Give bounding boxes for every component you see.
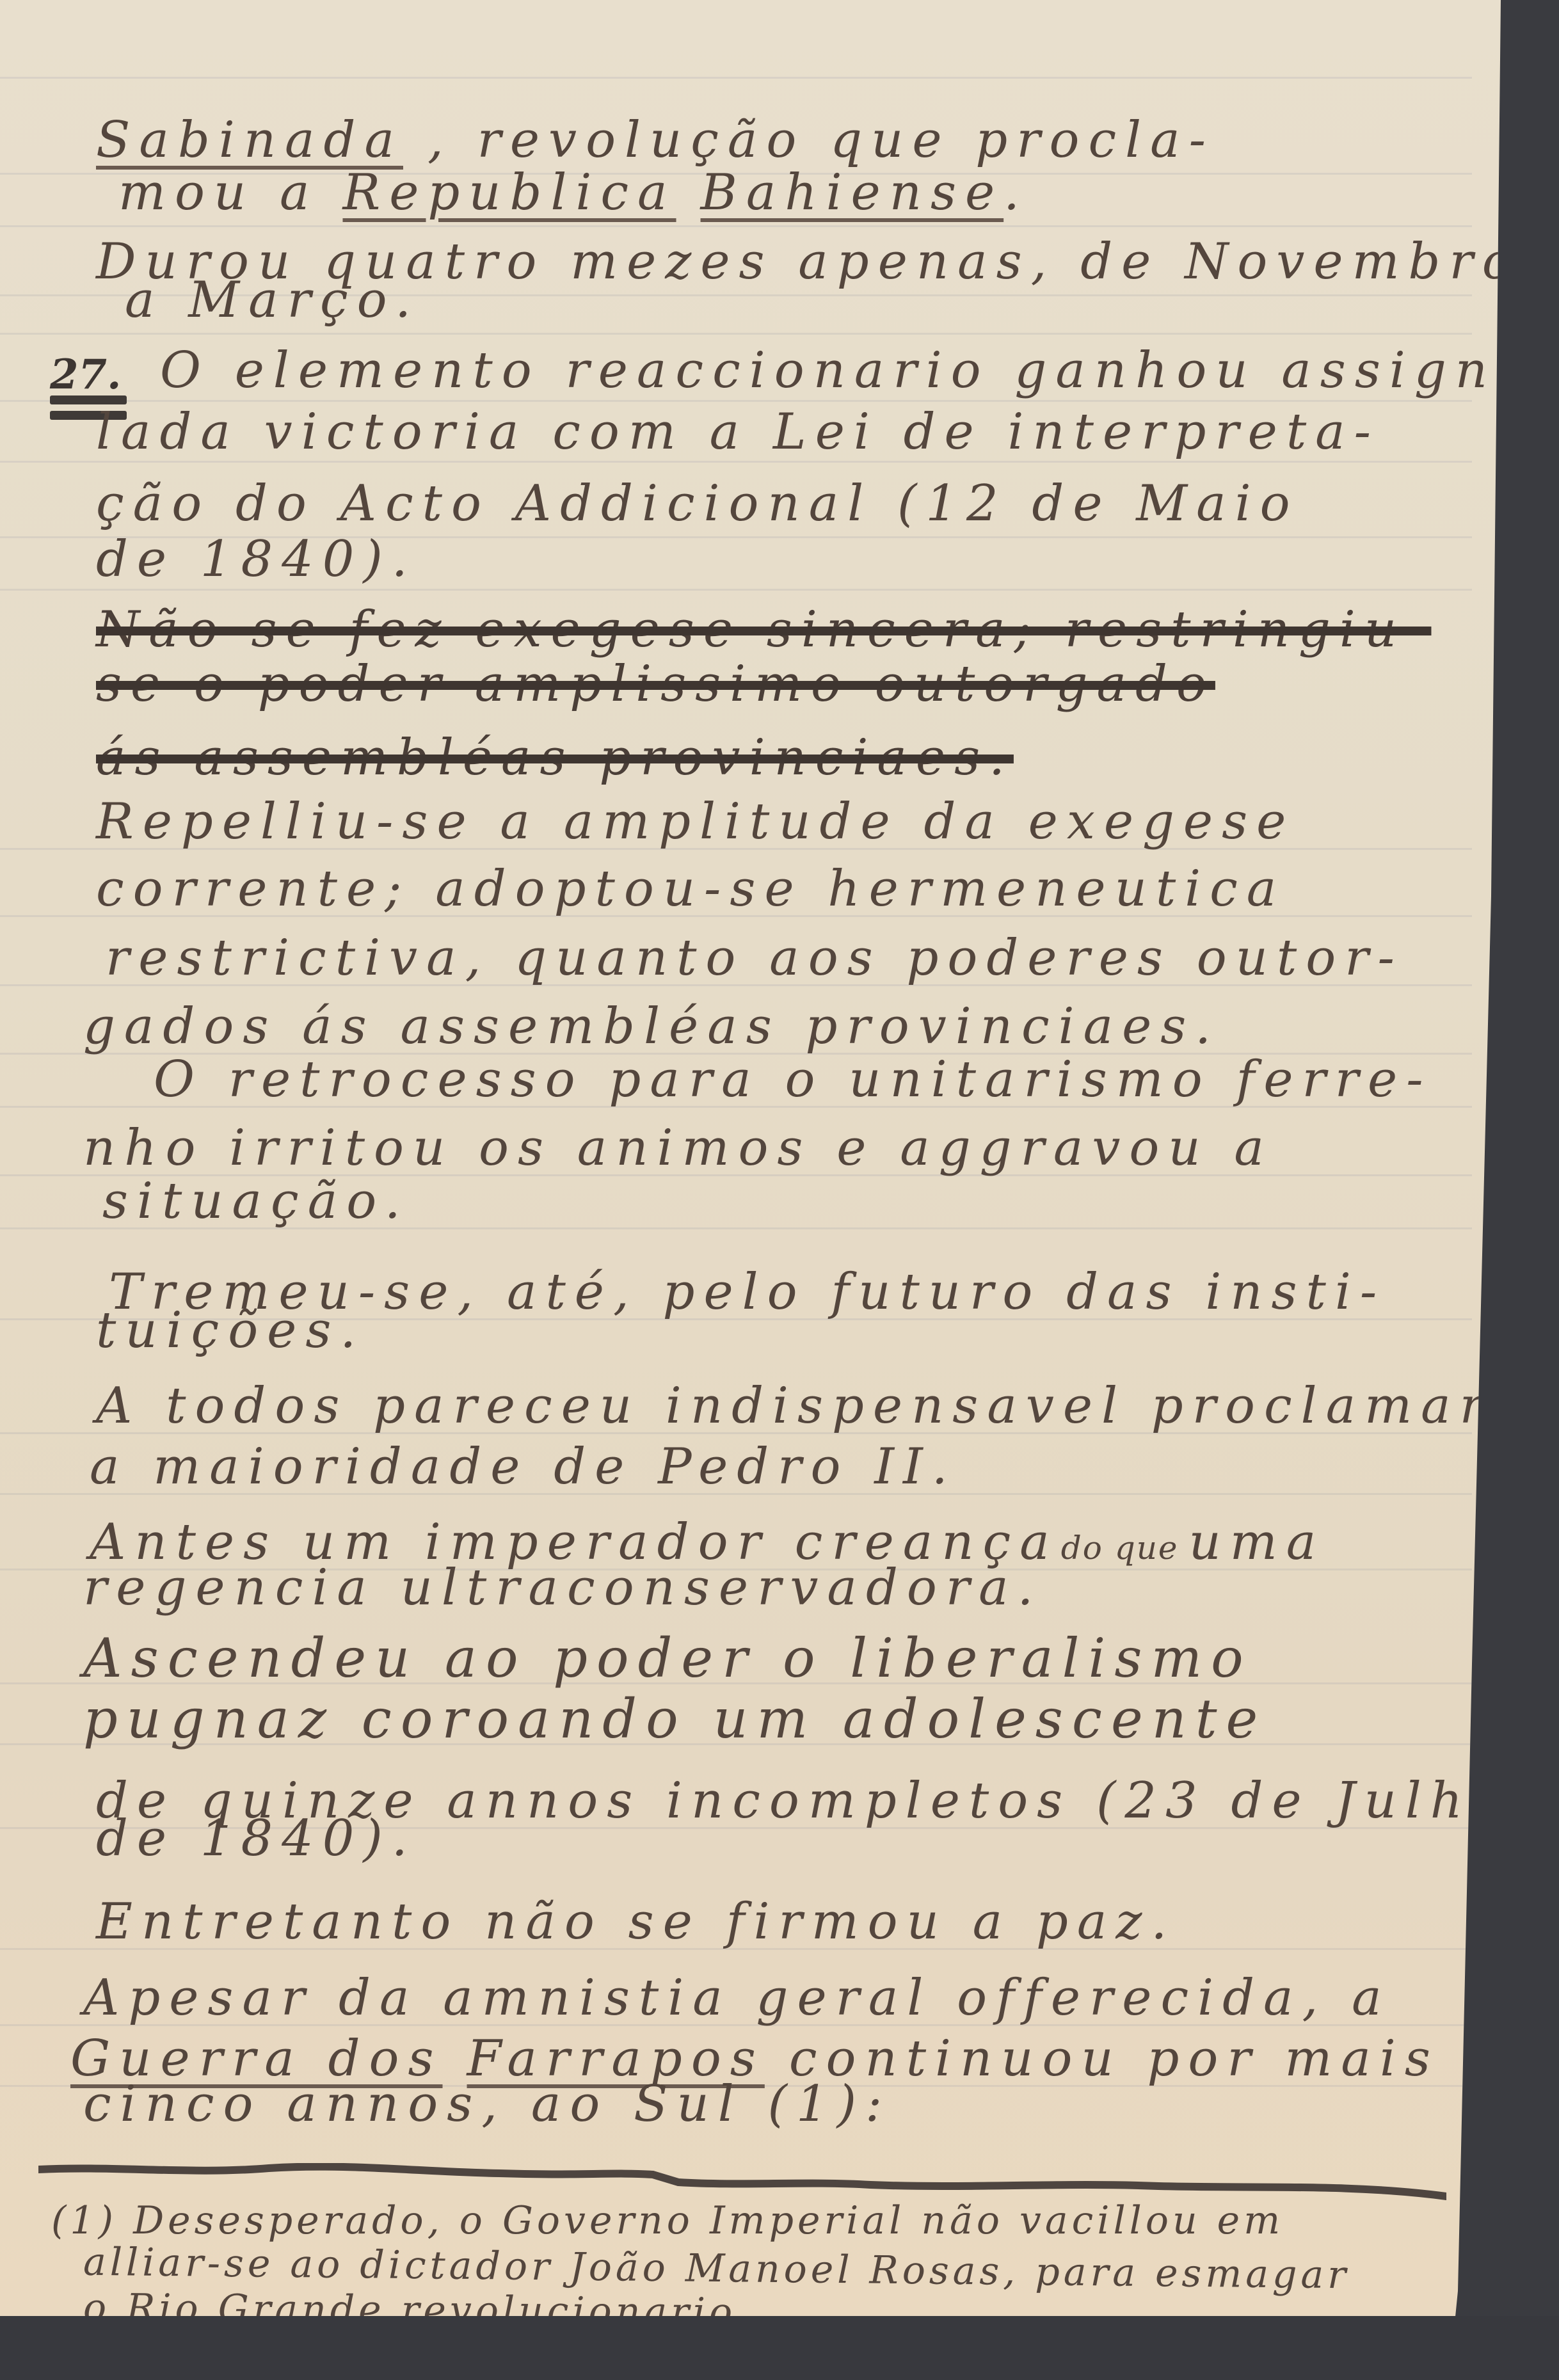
text-line-27: Apesar da amnistia geral offerecida, a xyxy=(83,1973,1391,2023)
text-line-8: de 1840). xyxy=(96,534,417,584)
text-line-13: O retrocesso para o unitarismo ferre- xyxy=(154,1055,1432,1105)
text-line-11: restrictiva, quanto aos poderes outor- xyxy=(106,933,1403,983)
underlined-word-republica: Republica xyxy=(342,168,676,218)
text-line-9: Repelliu-se a amplitude da exegese xyxy=(96,797,1295,847)
text-line-7: ção do Acto Addicional (12 de Maio xyxy=(96,479,1299,529)
text-line-22: Ascendeu ao poder o liberalismo xyxy=(83,1631,1252,1685)
underlined-word-bahiense: Bahiense xyxy=(701,164,1004,221)
scan-background-bottom xyxy=(0,2316,1559,2380)
text-line-23: pugnaz coroando um adolescente xyxy=(83,1692,1267,1746)
text-line-5: O elemento reaccionario ganhou assigna- xyxy=(160,346,1559,395)
line-text: , revolução que procla- xyxy=(428,111,1215,169)
text-line-12: gados ás assembléas provinciaes. xyxy=(83,1002,1220,1051)
struck-line-2: se o poder amplissimo outorgado xyxy=(96,659,1215,709)
text-line-21: regencia ultraconservadora. xyxy=(83,1563,1042,1613)
footnote-line-1: (1) Desesperado, o Governo Imperial não … xyxy=(51,2201,1284,2240)
manuscript-page: 27. Sabinada, revolução que procla- mou … xyxy=(0,0,1501,2323)
text-line-25: de 1840). xyxy=(96,1814,417,1864)
struck-line-1: Não se fez exegese sincera; restringiu- xyxy=(96,605,1431,655)
interlinear-insert: do que xyxy=(1061,1529,1179,1567)
underlined-word-sabinada: Sabinada xyxy=(96,115,403,165)
text-line-14: nho irritou os animos e aggravou a xyxy=(83,1123,1273,1173)
text-line-4: a Março. xyxy=(125,275,420,325)
paragraph-number: 27. xyxy=(50,351,121,399)
line-text: uma xyxy=(1189,1513,1325,1571)
line-text: . xyxy=(1003,164,1028,221)
text-line-6: lada victoria com a Lei de interpreta- xyxy=(96,407,1380,457)
text-line-19: a maioridade de Pedro II. xyxy=(90,1442,957,1492)
text-line-17: tuições. xyxy=(96,1306,365,1355)
text-line-2: mou aRepublicaBahiense. xyxy=(118,168,1028,218)
footnote-separator-rule xyxy=(38,2163,1446,2201)
line-text: mou a xyxy=(118,168,318,218)
text-line-10: corrente; adoptou-se hermeneutica xyxy=(96,864,1285,914)
text-line-15: situação. xyxy=(102,1176,410,1226)
text-line-26: Entretanto não se firmou a paz. xyxy=(96,1897,1176,1947)
text-line-1: Sabinada, revolução que procla- xyxy=(96,115,1215,165)
text-line-29: cinco annos, ao Sul (1): xyxy=(83,2079,891,2129)
struck-line-3: ás assembléas provinciaes. xyxy=(96,733,1014,783)
text-line-18: A todos pareceu indispensavel proclamar xyxy=(96,1381,1492,1431)
